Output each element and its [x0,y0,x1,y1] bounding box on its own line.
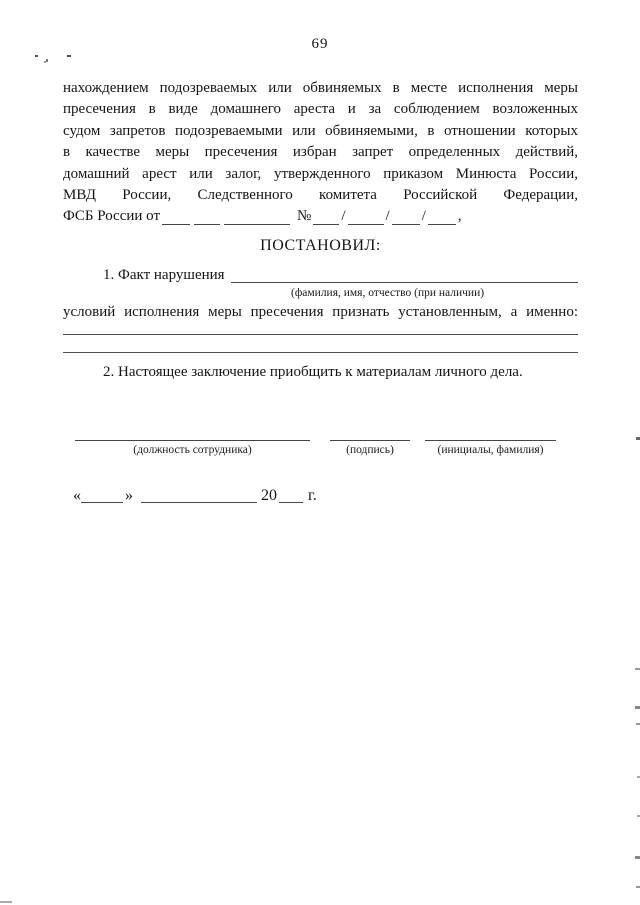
scan-artifact [636,437,640,440]
blank-field [313,223,339,225]
slash-separator: / [422,206,426,227]
close-quote: » [125,485,133,506]
signature-position-caption: (должность сотрудника) [75,443,310,457]
slash-separator: / [341,206,345,227]
scan-artifact [46,59,48,62]
item1-continuation: условий исполнения меры пресечения призн… [63,302,578,323]
signature-sign-caption: (подпись) [330,443,410,457]
number-sign: № [297,206,311,227]
scan-artifact [44,61,46,63]
paragraph-line: пресечения в виде домашнего ареста и за … [63,99,578,120]
order-details-line: ФСБ России от № / / / , [63,206,578,227]
signature-name-caption: (инициалы, фамилия) [425,443,556,457]
paragraph-line: судом запретов подозреваемыми или обвиня… [63,121,578,142]
item1-label: 1. Факт нарушения [103,265,225,286]
document-page: 69 нахождением подозреваемых или обвиняе… [0,0,640,905]
signature-name-line [425,437,556,441]
scan-artifact [67,55,71,57]
blank-field [279,501,303,503]
open-quote: « [73,485,81,506]
page-number: 69 [0,36,640,53]
signature-sign-line [330,437,410,441]
scan-artifact [636,723,640,725]
slash-separator: / [386,206,390,227]
comma: , [458,206,462,227]
scan-artifact [635,706,640,709]
item1-line: 1. Факт нарушения [63,265,578,286]
blank-field [162,223,190,225]
signature-sign-column: (подпись) [330,437,410,457]
date-line: « » 20 г. [73,485,578,506]
blank-rule [63,334,578,335]
signature-position-column: (должность сотрудника) [75,437,310,457]
item2-line: 2. Настоящее заключение приобщить к мате… [63,362,578,383]
paragraph-line: в качестве меры пресечения избран запрет… [63,142,578,163]
document-body: нахождением подозреваемых или обвиняемых… [63,78,578,506]
order-line-prefix: ФСБ России от [63,206,160,227]
blank-field [224,223,290,225]
blank-field [428,223,456,225]
blank-field [81,501,123,503]
signature-position-line [75,437,310,441]
year-prefix: 20 [261,485,277,506]
signature-name-column: (инициалы, фамилия) [425,437,556,457]
scan-artifact [0,901,12,903]
fio-caption-row: (фамилия, имя, отчество (при наличии) [63,286,578,302]
signature-block: (должность сотрудника) (подпись) (инициа… [63,437,578,457]
paragraph-line: МВД России, Следственного комитета Росси… [63,185,578,206]
blank-field [141,501,257,503]
blank-field [348,223,384,225]
fio-caption: (фамилия, имя, отчество (при наличии) [291,286,484,300]
scan-artifact [635,856,640,859]
blank-rule [63,352,578,353]
year-suffix: г. [308,485,317,506]
blank-field [392,223,420,225]
resolution-heading: ПОСТАНОВИЛ: [63,235,578,256]
scan-artifact [636,886,640,888]
paragraph-line: нахождением подозреваемых или обвиняемых… [63,78,578,99]
body-paragraph: нахождением подозреваемых или обвиняемых… [63,78,578,228]
blank-field [231,281,578,283]
paragraph-line: домашний арест или залог, утвержденного … [63,164,578,185]
scan-artifact [635,668,640,670]
scan-artifact [35,55,38,57]
blank-field [194,223,220,225]
